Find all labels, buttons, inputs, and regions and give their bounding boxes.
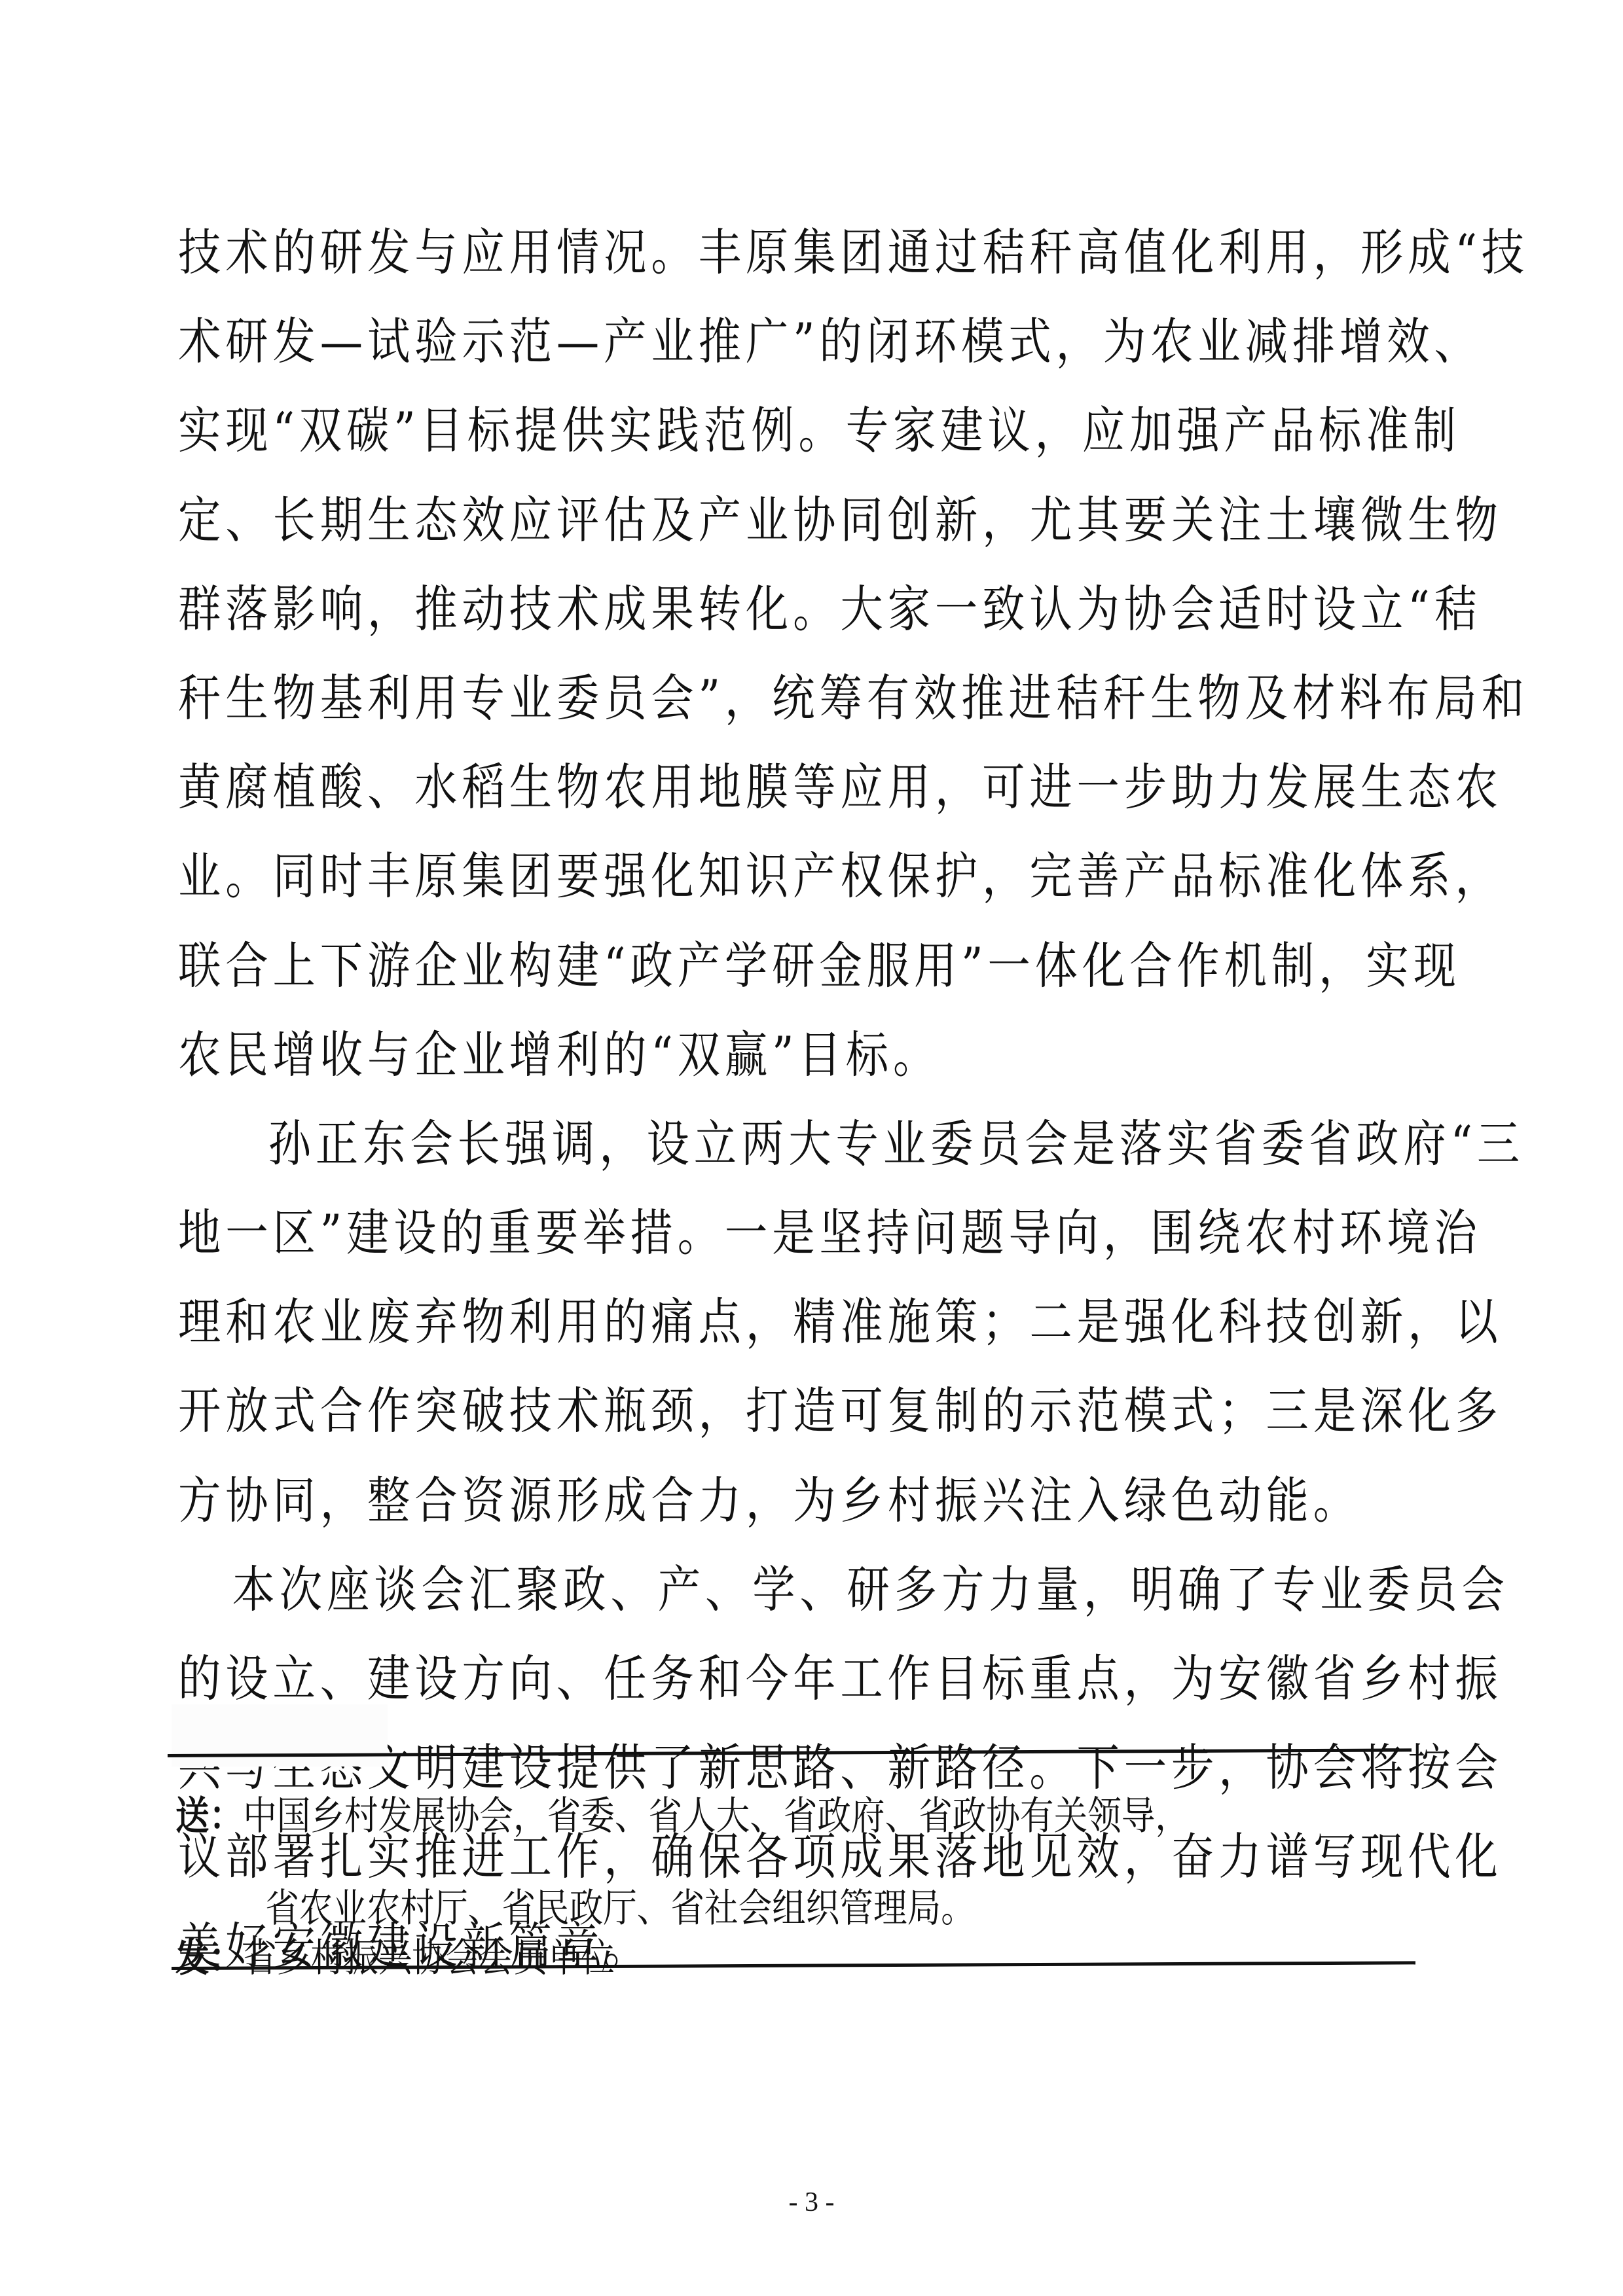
paragraph-line: 秆生物基利用专业委员会”，统筹有效推进秸秆生物及材料布局和 — [178, 654, 1429, 743]
paragraph-line: 理和农业废弃物利用的痛点，精准施策；二是强化科技创新，以 — [178, 1278, 1429, 1367]
issue-label: 发： — [175, 1935, 243, 1981]
distribution-send-continuation: 省农业农村厅、省民政厅、省社会组织管理局。 — [198, 1882, 1267, 1935]
paragraph-line: 联合上下游企业构建“政产学研金服用”一体化合作机制，实现 — [178, 922, 1429, 1011]
distribution-issue-visible: 发：省乡村振兴协会会员单位 — [175, 1932, 1245, 1984]
distribution-send-line: 送：中国乡村发展协会，省委、省人大、省政府、省政协有关领导， — [175, 1790, 1245, 1842]
page-number: - 3 - — [0, 2186, 1623, 2219]
paragraph-line: 业。同时丰原集团要强化知识产权保护，完善产品标准化体系， — [178, 832, 1429, 921]
paragraph-line: 地一区”建设的重要举措。一是坚持问题导向，围绕农村环境治 — [178, 1189, 1429, 1278]
paragraph-line: 孙正东会长强调，设立两大专业委员会是落实省委省政府“三 — [178, 1100, 1429, 1189]
paragraph-line: 黄腐植酸、水稻生物农用地膜等应用，可进一步助力发展生态农 — [178, 743, 1429, 832]
paragraph-line: 术研发—试验示范—产业推广”的闭环模式，为农业减排增效、 — [178, 297, 1429, 386]
paragraph-line: 开放式合作突破技术瓶颈，打造可复制的示范模式；三是深化多 — [178, 1367, 1429, 1456]
faint-scan-block — [172, 1704, 388, 1767]
paragraph-line: 方协同，整合资源形成合力，为乡村振兴注入绿色动能。 — [178, 1456, 1429, 1545]
send-recipients-cont: 省农业农村厅、省民政厅、省社会组织管理局。 — [265, 1886, 975, 1931]
paragraph-line: 农民增收与企业增利的“双赢”目标。 — [178, 1011, 1429, 1100]
issue-recipients: 省乡村振兴协会会员单位 — [243, 1935, 615, 1981]
paragraph-line: 群落影响，推动技术成果转化。大家一致认为协会适时设立“秸 — [178, 565, 1429, 654]
paragraph-line: 本次座谈会汇聚政、产、学、研多方力量，明确了专业委员会 — [178, 1545, 1429, 1634]
paragraph-line: 技术的研发与应用情况。丰原集团通过秸秆高值化利用，形成“技 — [178, 208, 1429, 297]
send-label: 送： — [175, 1793, 243, 1839]
send-recipients: 中国乡村发展协会，省委、省人大、省政府、省政协有关领导， — [243, 1793, 1189, 1839]
paragraph-line: 定、长期生态效应评估及产业协同创新，尤其要关注土壤微生物 — [178, 476, 1429, 565]
paragraph-line: 实现“双碳”目标提供实践范例。专家建议，应加强产品标准制 — [178, 386, 1429, 475]
